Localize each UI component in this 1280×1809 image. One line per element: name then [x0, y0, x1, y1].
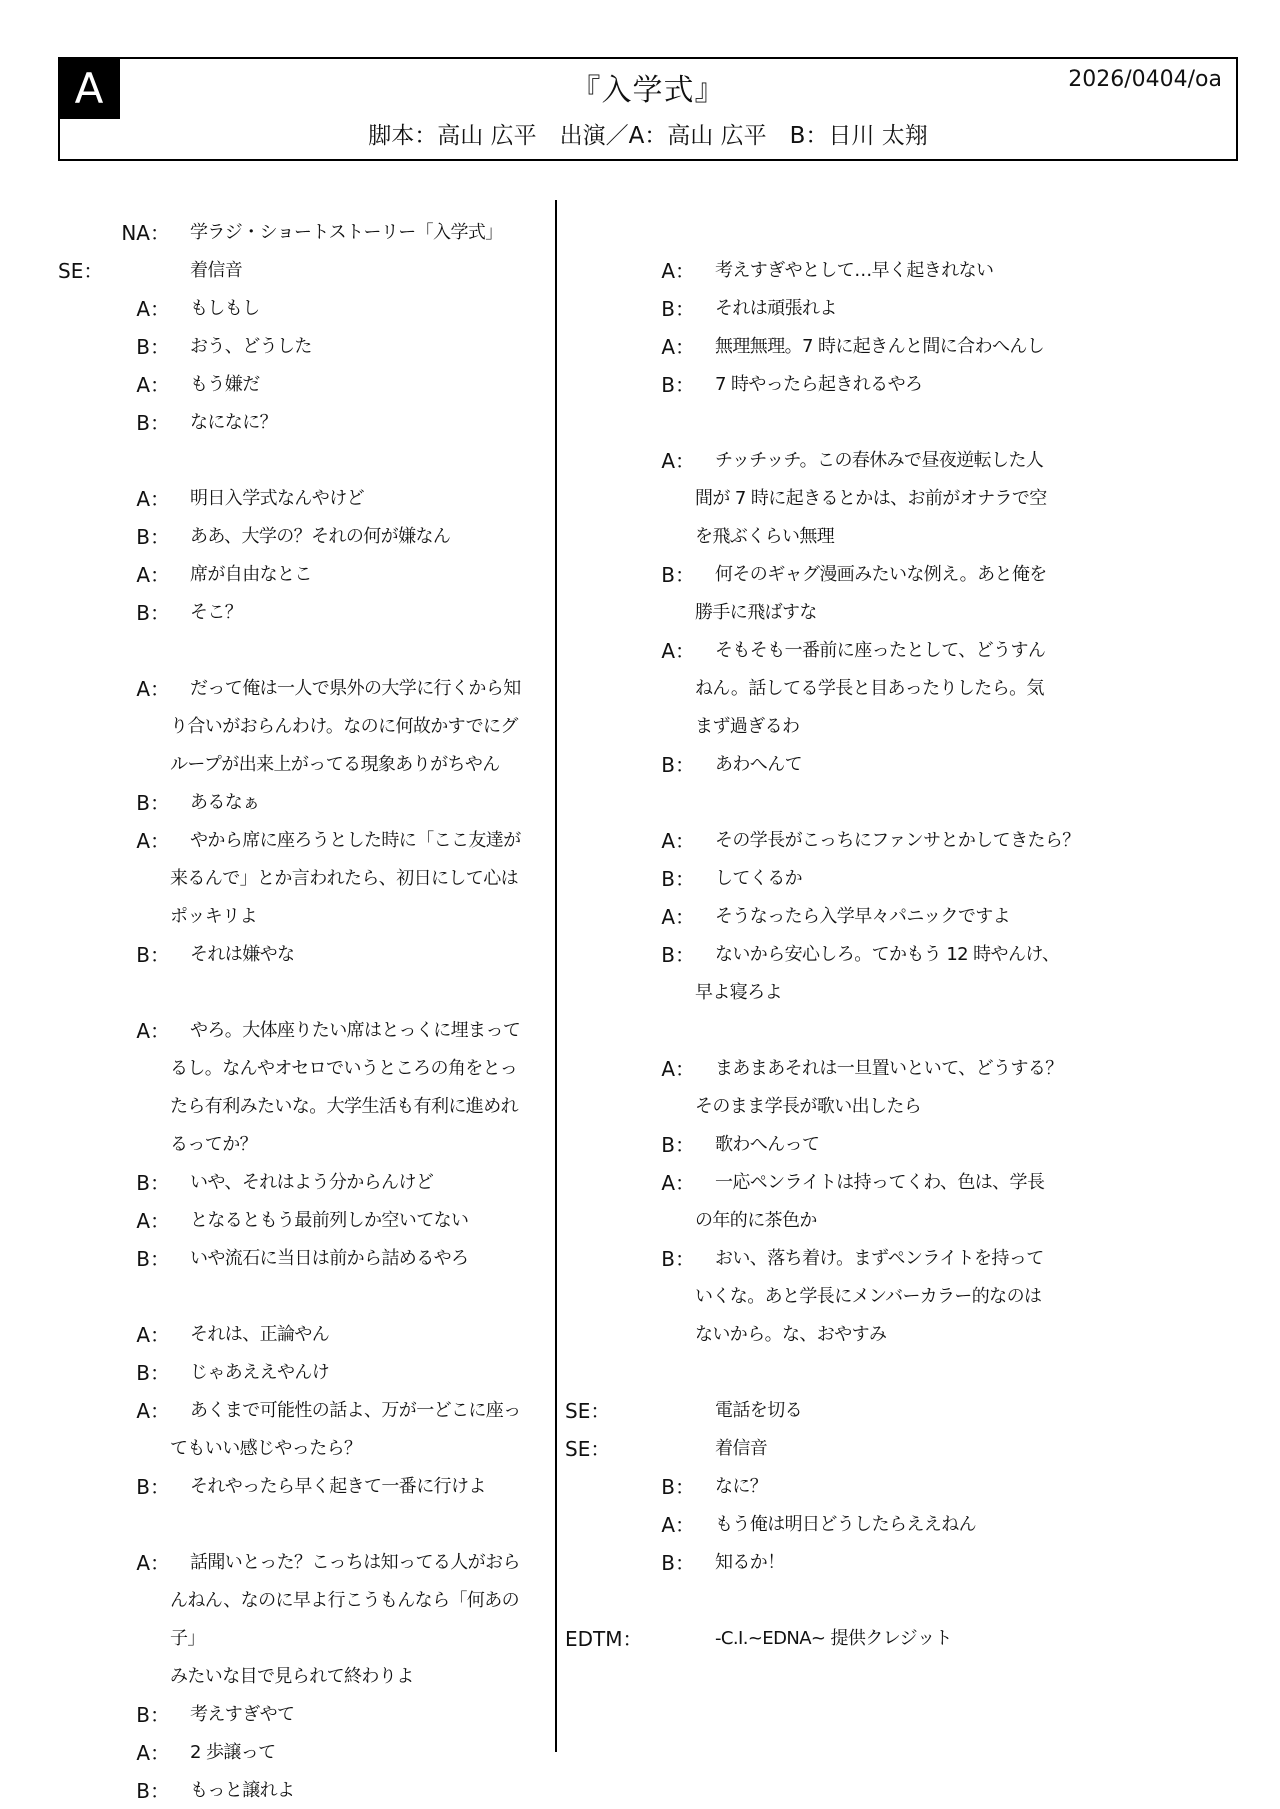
line-text: 知るか！: [695, 1544, 1241, 1582]
line-text: あくまで可能性の話よ、万が一どこに座っ てもいい感じやったら？: [170, 1392, 548, 1468]
page-title: 『入学式』: [60, 65, 1236, 109]
line-text: やから席に座ろうとした時に「ここ友達が 来るんで」とか言われたら、初日にして心は…: [170, 822, 548, 936]
script-line: SE：着信音: [565, 1430, 1241, 1468]
line-text: それは、正論やん: [170, 1316, 548, 1354]
script-line: B：そこ？: [58, 594, 548, 632]
script-line: EDTM：-C.I.~EDNA~ 提供クレジット: [565, 1620, 1241, 1658]
line-text: なに？: [695, 1468, 1241, 1506]
script-line: B：あるなぁ: [58, 784, 548, 822]
line-text: -C.I.~EDNA~ 提供クレジット: [695, 1620, 1241, 1658]
line-text: まあまあそれは一旦置いといて、どうする？ そのまま学長が歌い出したら: [695, 1050, 1241, 1126]
speaker-label: SE：: [565, 1392, 695, 1430]
script-line: B：おう、どうした: [58, 328, 548, 366]
blank-line: [565, 404, 1241, 442]
blank-line: [565, 1354, 1241, 1392]
line-text: 2 歩譲って: [170, 1734, 548, 1772]
speaker-label: NA：: [58, 214, 170, 252]
speaker-label: A：: [58, 1012, 170, 1050]
line-text: 何そのギャグ漫画みたいな例え。あと俺を 勝手に飛ばすな: [695, 556, 1241, 632]
speaker-label: A：: [58, 556, 170, 594]
script-line: A：話聞いとった？こっちは知ってる人がおら んねん、なのに早よ行こうもんなら「何…: [58, 1544, 548, 1696]
line-text: 席が自由なとこ: [170, 556, 548, 594]
script-line: A：となるともう最前列しか空いてない: [58, 1202, 548, 1240]
script-line: A：そうなったら入学早々パニックですよ: [565, 898, 1241, 936]
script-line: SE：着信音: [58, 252, 548, 290]
script-line: A：あくまで可能性の話よ、万が一どこに座っ てもいい感じやったら？: [58, 1392, 548, 1468]
line-text: もしもし: [170, 290, 548, 328]
line-text: その学長がこっちにファンサとかしてきたら？: [695, 822, 1241, 860]
speaker-label: A：: [565, 1506, 695, 1544]
line-text: となるともう最前列しか空いてない: [170, 1202, 548, 1240]
line-text: いや流石に当日は前から詰めるやろ: [170, 1240, 548, 1278]
line-text: 着信音: [695, 1430, 1241, 1468]
line-text: してくるか: [695, 860, 1241, 898]
speaker-label: B：: [58, 1240, 170, 1278]
blank-line: [565, 1582, 1241, 1620]
speaker-label: A：: [58, 1202, 170, 1240]
speaker-label: B：: [565, 556, 695, 594]
speaker-label: B：: [565, 1544, 695, 1582]
line-text: もう嫌だ: [170, 366, 548, 404]
script-line: B：してくるか: [565, 860, 1241, 898]
line-text: だって俺は一人で県外の大学に行くから知 り合いがおらんわけ。なのに何故かすでにグ…: [170, 670, 548, 784]
speaker-label: B：: [58, 328, 170, 366]
script-column-right: A：考えすぎやとして…早く起きれないB：それは頑張れよA：無理無理。7 時に起き…: [565, 252, 1241, 1658]
line-text: そうなったら入学早々パニックですよ: [695, 898, 1241, 936]
speaker-label: A：: [565, 1050, 695, 1088]
speaker-label: A：: [58, 822, 170, 860]
script-line: A：まあまあそれは一旦置いといて、どうする？ そのまま学長が歌い出したら: [565, 1050, 1241, 1126]
script-line: B：ああ、大学の？それの何が嫌なん: [58, 518, 548, 556]
speaker-label: B：: [58, 1468, 170, 1506]
line-text: 電話を切る: [695, 1392, 1241, 1430]
script-line: A：チッチッチ。この春休みで昼夜逆転した人 間が 7 時に起きるとかは、お前がオ…: [565, 442, 1241, 556]
blank-line: [565, 784, 1241, 822]
speaker-label: B：: [58, 784, 170, 822]
script-line: A：席が自由なとこ: [58, 556, 548, 594]
speaker-label: B：: [565, 746, 695, 784]
script-line: SE：電話を切る: [565, 1392, 1241, 1430]
speaker-label: EDTM：: [565, 1620, 695, 1658]
speaker-label: B：: [565, 290, 695, 328]
line-text: いや、それはよう分からんけど: [170, 1164, 548, 1202]
line-text: じゃあええやんけ: [170, 1354, 548, 1392]
speaker-label: SE：: [565, 1430, 695, 1468]
line-text: あわへんて: [695, 746, 1241, 784]
blank-line: [58, 1506, 548, 1544]
speaker-label: A：: [58, 1392, 170, 1430]
speaker-label: B：: [58, 936, 170, 974]
speaker-label: A：: [565, 1164, 695, 1202]
speaker-label: A：: [58, 670, 170, 708]
line-text: 歌わへんって: [695, 1126, 1241, 1164]
speaker-label: A：: [565, 252, 695, 290]
line-text: 一応ペンライトは持ってくわ、色は、学長 の年的に茶色か: [695, 1164, 1241, 1240]
line-text: もっと譲れよ: [170, 1772, 548, 1809]
script-line: A：やから席に座ろうとした時に「ここ友達が 来るんで」とか言われたら、初日にして…: [58, 822, 548, 936]
speaker-label: B：: [565, 366, 695, 404]
script-line: B：それは嫌やな: [58, 936, 548, 974]
header-box: A 『入学式』 2026/0404/oa 脚本：高山 広平 出演／A：高山 広平…: [58, 57, 1238, 161]
line-text: そこ？: [170, 594, 548, 632]
line-text: ないから安心しろ。てかもう 12 時やんけ、 早よ寝ろよ: [695, 936, 1241, 1012]
script-line: A：もう嫌だ: [58, 366, 548, 404]
script-line: A：それは、正論やん: [58, 1316, 548, 1354]
speaker-label: A：: [565, 822, 695, 860]
line-text: 考えすぎやて: [170, 1696, 548, 1734]
script-line: B：何そのギャグ漫画みたいな例え。あと俺を 勝手に飛ばすな: [565, 556, 1241, 632]
speaker-label: B：: [58, 518, 170, 556]
script-line: B：もっと譲れよ: [58, 1772, 548, 1809]
line-text: それは頑張れよ: [695, 290, 1241, 328]
speaker-label: A：: [58, 366, 170, 404]
speaker-label: B：: [565, 1468, 695, 1506]
script-line: B：考えすぎやて: [58, 1696, 548, 1734]
speaker-label: B：: [58, 1354, 170, 1392]
script-line: B：7 時やったら起きれるやろ: [565, 366, 1241, 404]
script-line: A：そもそも一番前に座ったとして、どうすん ねん。話してる学長と目あったりしたら…: [565, 632, 1241, 746]
script-line: B：おい、落ち着け。まずペンライトを持って いくな。あと学長にメンバーカラー的な…: [565, 1240, 1241, 1354]
script-line: B：ないから安心しろ。てかもう 12 時やんけ、 早よ寝ろよ: [565, 936, 1241, 1012]
line-text: なになに？: [170, 404, 548, 442]
script-line: B：いや、それはよう分からんけど: [58, 1164, 548, 1202]
speaker-label: A：: [565, 632, 695, 670]
script-line: A：もしもし: [58, 290, 548, 328]
script-line: A：やろ。大体座りたい席はとっくに埋まって るし。なんやオセロでいうところの角を…: [58, 1012, 548, 1164]
script-line: B：歌わへんって: [565, 1126, 1241, 1164]
speaker-label: B：: [565, 1240, 695, 1278]
credits-line: 脚本：高山 広平 出演／A：高山 広平 B：日川 太翔: [60, 117, 1236, 150]
line-text: おう、どうした: [170, 328, 548, 366]
script-line: B：いや流石に当日は前から詰めるやろ: [58, 1240, 548, 1278]
speaker-label: A：: [58, 1734, 170, 1772]
speaker-label: A：: [58, 290, 170, 328]
script-line: B：それは頑張れよ: [565, 290, 1241, 328]
blank-line: [58, 1278, 548, 1316]
speaker-label: A：: [565, 442, 695, 480]
column-divider: [555, 200, 557, 1752]
script-line: A：だって俺は一人で県外の大学に行くから知 り合いがおらんわけ。なのに何故かすで…: [58, 670, 548, 784]
broadcast-date: 2026/0404/oa: [1068, 67, 1222, 92]
script-line: A：明日入学式なんやけど: [58, 480, 548, 518]
line-text: やろ。大体座りたい席はとっくに埋まって るし。なんやオセロでいうところの角をとっ…: [170, 1012, 548, 1164]
script-line: B：知るか！: [565, 1544, 1241, 1582]
line-text: ああ、大学の？それの何が嫌なん: [170, 518, 548, 556]
line-text: そもそも一番前に座ったとして、どうすん ねん。話してる学長と目あったりしたら。気…: [695, 632, 1241, 746]
speaker-label: B：: [565, 936, 695, 974]
script-line: B：それやったら早く起きて一番に行けよ: [58, 1468, 548, 1506]
line-text: 着信音: [170, 252, 548, 290]
line-text: もう俺は明日どうしたらええねん: [695, 1506, 1241, 1544]
speaker-label: SE：: [58, 252, 170, 290]
speaker-label: A：: [565, 328, 695, 366]
speaker-label: A：: [565, 898, 695, 936]
blank-line: [58, 632, 548, 670]
script-line: A：考えすぎやとして…早く起きれない: [565, 252, 1241, 290]
line-text: 7 時やったら起きれるやろ: [695, 366, 1241, 404]
line-text: 明日入学式なんやけど: [170, 480, 548, 518]
line-text: 無理無理。7 時に起きんと間に合わへんし: [695, 328, 1241, 366]
script-line: B：じゃあええやんけ: [58, 1354, 548, 1392]
line-text: それやったら早く起きて一番に行けよ: [170, 1468, 548, 1506]
script-line: A：無理無理。7 時に起きんと間に合わへんし: [565, 328, 1241, 366]
speaker-label: B：: [565, 1126, 695, 1164]
line-text: おい、落ち着け。まずペンライトを持って いくな。あと学長にメンバーカラー的なのは…: [695, 1240, 1241, 1354]
blank-line: [565, 1012, 1241, 1050]
script-line: A：一応ペンライトは持ってくわ、色は、学長 の年的に茶色か: [565, 1164, 1241, 1240]
blank-line: [58, 974, 548, 1012]
script-line: NA：学ラジ・ショートストーリー「入学式」: [58, 214, 548, 252]
speaker-label: A：: [58, 480, 170, 518]
line-text: チッチッチ。この春休みで昼夜逆転した人 間が 7 時に起きるとかは、お前がオナラ…: [695, 442, 1241, 556]
script-line: B：あわへんて: [565, 746, 1241, 784]
script-page: A 『入学式』 2026/0404/oa 脚本：高山 広平 出演／A：高山 広平…: [0, 0, 1280, 1809]
speaker-label: B：: [58, 404, 170, 442]
speaker-label: B：: [58, 1164, 170, 1202]
script-line: A：2 歩譲って: [58, 1734, 548, 1772]
speaker-label: B：: [58, 1696, 170, 1734]
line-text: それは嫌やな: [170, 936, 548, 974]
script-line: B：なになに？: [58, 404, 548, 442]
script-line: A：その学長がこっちにファンサとかしてきたら？: [565, 822, 1241, 860]
speaker-label: B：: [565, 860, 695, 898]
blank-line: [58, 442, 548, 480]
script-line: B：なに？: [565, 1468, 1241, 1506]
speaker-label: A：: [58, 1316, 170, 1354]
speaker-label: B：: [58, 594, 170, 632]
speaker-label: A：: [58, 1544, 170, 1582]
line-text: 学ラジ・ショートストーリー「入学式」: [170, 214, 548, 252]
line-text: 考えすぎやとして…早く起きれない: [695, 252, 1241, 290]
line-text: 話聞いとった？こっちは知ってる人がおら んねん、なのに早よ行こうもんなら「何あの…: [170, 1544, 548, 1696]
speaker-label: B：: [58, 1772, 170, 1809]
line-text: あるなぁ: [170, 784, 548, 822]
script-line: A：もう俺は明日どうしたらええねん: [565, 1506, 1241, 1544]
script-column-left: NA：学ラジ・ショートストーリー「入学式」SE：着信音A：もしもしB：おう、どう…: [58, 214, 548, 1809]
